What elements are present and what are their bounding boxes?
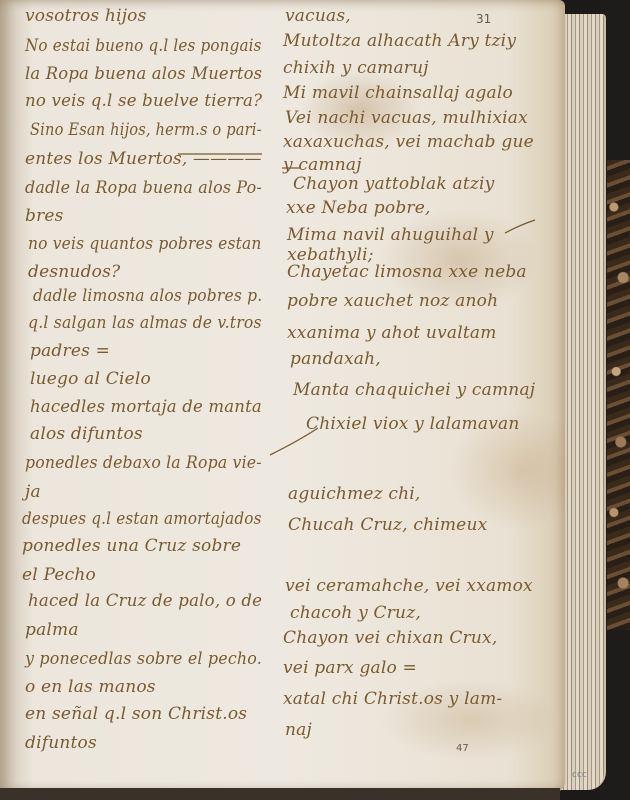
page-bottom-edge	[0, 788, 560, 800]
manuscript-page: 31 47 vosotros hijosNo estai bueno q.l l…	[0, 0, 565, 792]
corner-mark: ccc	[572, 770, 587, 780]
ink-strokes	[0, 0, 565, 792]
marbled-cover-edge	[607, 160, 630, 630]
